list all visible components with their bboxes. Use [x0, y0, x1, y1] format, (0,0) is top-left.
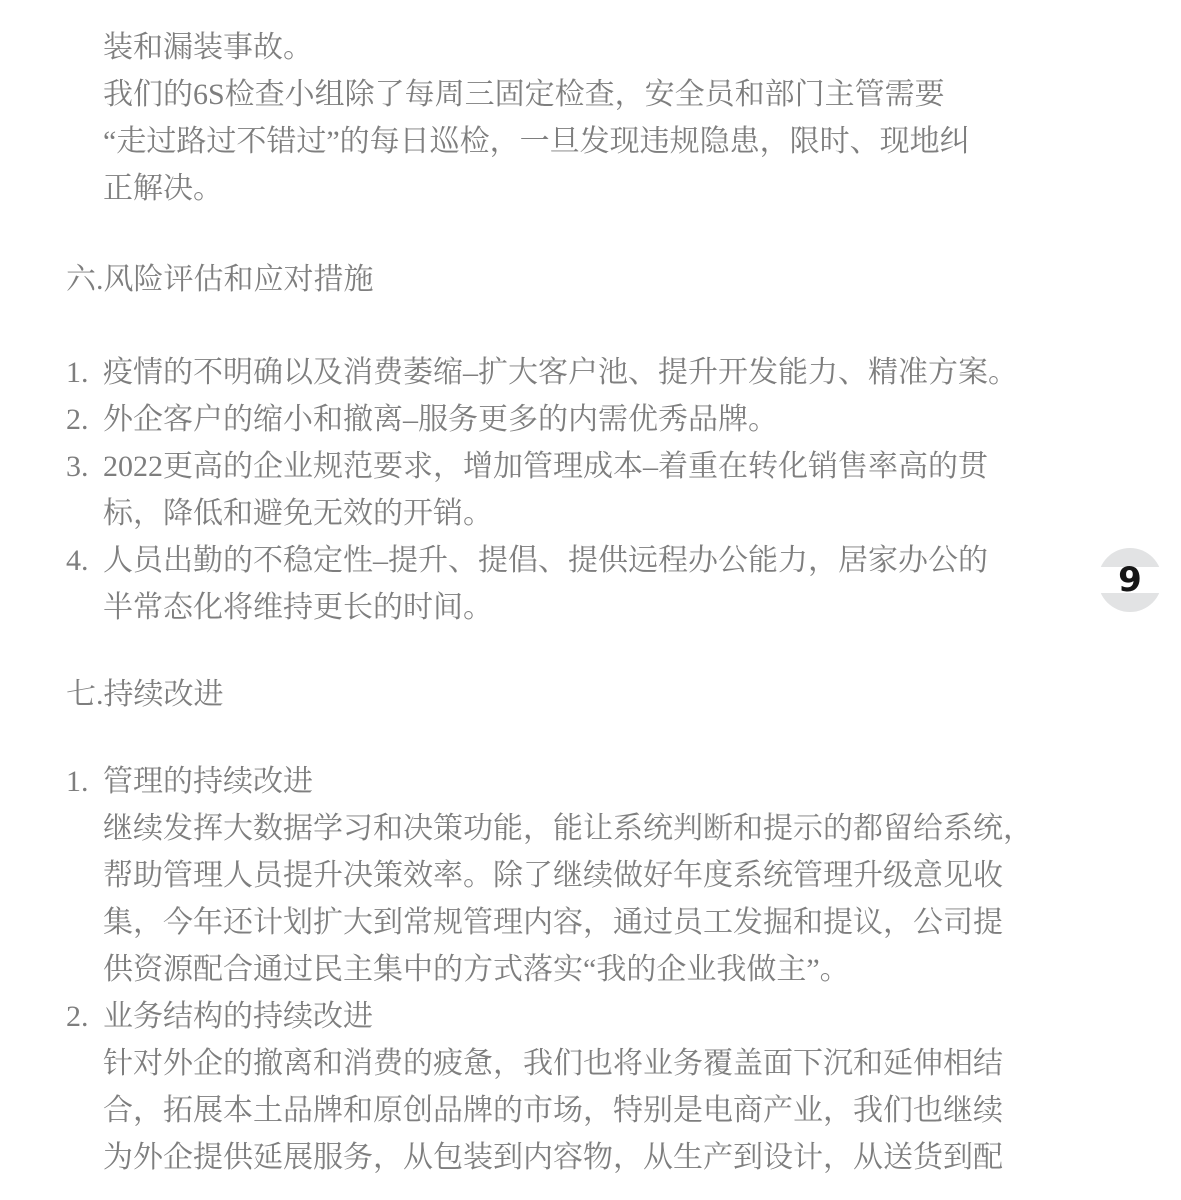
list-item: 3. 2022更高的企业规范要求，增加管理成本–着重在转化销售率高的贯 标，降低…: [66, 443, 1111, 537]
document-content: 装和漏装事故。 我们的6S检查小组除了每周三固定检查，安全员和部门主管需要 “走…: [0, 0, 1181, 1181]
item-text: 2022更高的企业规范要求，增加管理成本–着重在转化销售率高的贯 标，降低和避免…: [103, 443, 1111, 537]
text-line: 针对外企的撤离和消费的疲惫，我们也将业务覆盖面下沉和延伸相结: [103, 1040, 1111, 1087]
text-line: “走过路过不错过”的每日巡检，一旦发现违规隐患，限时、现地纠: [103, 118, 1111, 165]
text-line: 外企客户的缩小和撤离–服务更多的内需优秀品牌。: [103, 396, 1111, 443]
text-line: 帮助管理人员提升决策效率。除了继续做好年度系统管理升级意见收: [103, 852, 1111, 899]
list-item: 4. 人员出勤的不稳定性–提升、提倡、提供远程办公能力，居家办公的 半常态化将维…: [66, 537, 1111, 631]
item-number: 4.: [66, 537, 103, 584]
page-number-badge: 9: [1098, 548, 1162, 612]
item-number: 2.: [66, 396, 103, 443]
intro-paragraph: 装和漏装事故。 我们的6S检查小组除了每周三固定检查，安全员和部门主管需要 “走…: [103, 24, 1111, 212]
risk-list: 1. 疫情的不明确以及消费萎缩–扩大客户池、提升开发能力、精准方案。 2. 外企…: [66, 349, 1111, 631]
item-text: 疫情的不明确以及消费萎缩–扩大客户池、提升开发能力、精准方案。: [103, 349, 1111, 396]
item-number: 2.: [66, 993, 103, 1040]
list-item: 1. 管理的持续改进 继续发挥大数据学习和决策功能，能让系统判断和提示的都留给系…: [66, 758, 1111, 993]
section-heading-improve: 七.持续改进: [66, 671, 1111, 718]
improve-list: 1. 管理的持续改进 继续发挥大数据学习和决策功能，能让系统判断和提示的都留给系…: [66, 758, 1111, 1181]
text-line: 我们的6S检查小组除了每周三固定检查，安全员和部门主管需要: [103, 71, 1111, 118]
document-page: 装和漏装事故。 我们的6S检查小组除了每周三固定检查，安全员和部门主管需要 “走…: [0, 0, 1181, 1200]
text-line: 2022更高的企业规范要求，增加管理成本–着重在转化销售率高的贯: [103, 443, 1111, 490]
item-text: 人员出勤的不稳定性–提升、提倡、提供远程办公能力，居家办公的 半常态化将维持更长…: [103, 537, 1111, 631]
item-text: 业务结构的持续改进 针对外企的撤离和消费的疲惫，我们也将业务覆盖面下沉和延伸相结…: [103, 993, 1111, 1181]
section-heading-risk: 六.风险评估和应对措施: [66, 256, 1111, 303]
text-line: 装和漏装事故。: [103, 24, 1111, 71]
page-number: 9: [1118, 563, 1142, 597]
item-number: 1.: [66, 758, 103, 805]
text-line: 人员出勤的不稳定性–提升、提倡、提供远程办公能力，居家办公的: [103, 537, 1111, 584]
list-item: 2. 外企客户的缩小和撤离–服务更多的内需优秀品牌。: [66, 396, 1111, 443]
list-item: 2. 业务结构的持续改进 针对外企的撤离和消费的疲惫，我们也将业务覆盖面下沉和延…: [66, 993, 1111, 1181]
item-number: 3.: [66, 443, 103, 490]
text-line: 半常态化将维持更长的时间。: [103, 584, 1111, 631]
text-line: 疫情的不明确以及消费萎缩–扩大客户池、提升开发能力、精准方案。: [103, 349, 1111, 396]
list-item: 1. 疫情的不明确以及消费萎缩–扩大客户池、提升开发能力、精准方案。: [66, 349, 1111, 396]
item-number: 1.: [66, 349, 103, 396]
text-line: 供资源配合通过民主集中的方式落实“我的企业我做主”。: [103, 946, 1111, 993]
text-line: 继续发挥大数据学习和决策功能，能让系统判断和提示的都留给系统，: [103, 805, 1111, 852]
text-line: 为外企提供延展服务，从包装到内容物，从生产到设计，从送货到配: [103, 1134, 1111, 1181]
item-text: 外企客户的缩小和撤离–服务更多的内需优秀品牌。: [103, 396, 1111, 443]
text-line: 管理的持续改进: [103, 758, 1111, 805]
item-text: 管理的持续改进 继续发挥大数据学习和决策功能，能让系统判断和提示的都留给系统， …: [103, 758, 1111, 993]
text-line: 正解决。: [103, 165, 1111, 212]
text-line: 标，降低和避免无效的开销。: [103, 490, 1111, 537]
page-badge-band: 9: [1088, 567, 1172, 593]
text-line: 集，今年还计划扩大到常规管理内容，通过员工发掘和提议，公司提: [103, 899, 1111, 946]
text-line: 业务结构的持续改进: [103, 993, 1111, 1040]
text-line: 合，拓展本土品牌和原创品牌的市场，特别是电商产业，我们也继续: [103, 1087, 1111, 1134]
